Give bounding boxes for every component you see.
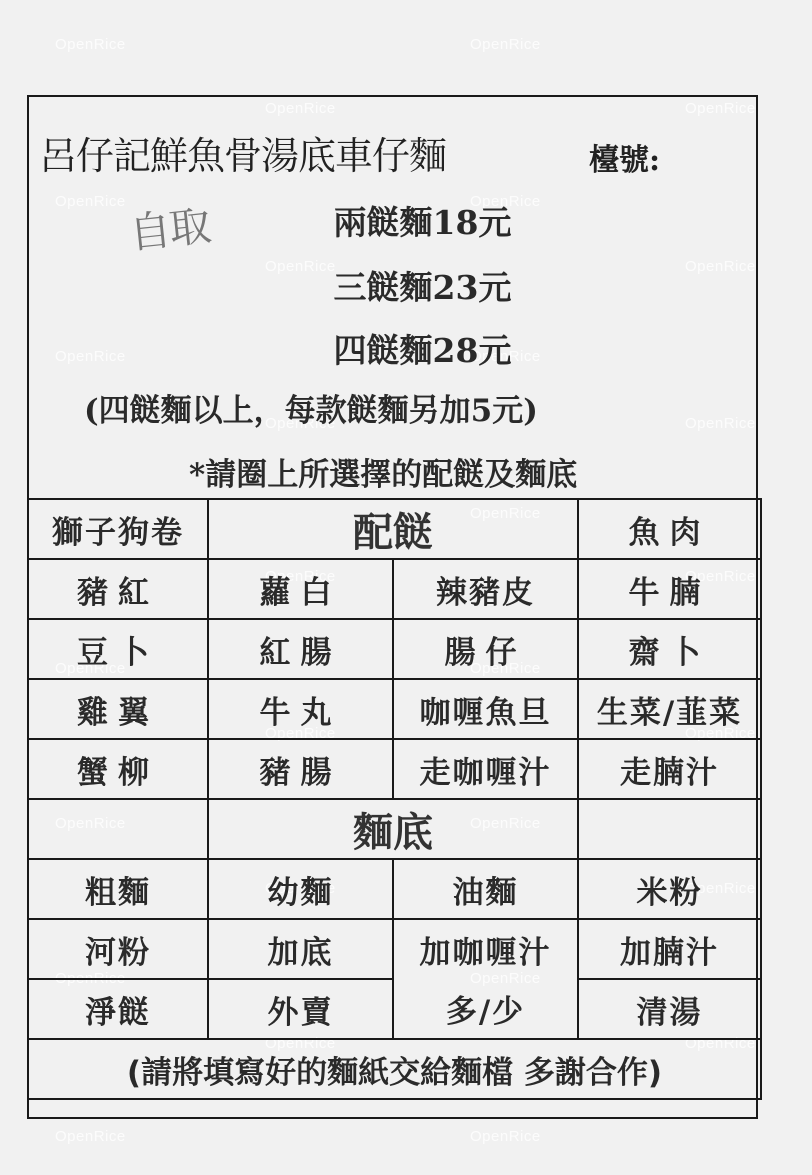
watermark: OpenRice [470, 36, 541, 53]
topping-option[interactable]: 魚肉 [578, 499, 761, 559]
topping-option[interactable]: 走腩汁 [578, 739, 761, 799]
noodle-option[interactable]: 外賣 [208, 979, 393, 1039]
topping-option[interactable]: 獅子狗卷 [28, 499, 208, 559]
surcharge-note: (四餸麵以上，每款餸麵另加5元) [84, 385, 538, 430]
price-two-toppings: 兩餸麵18元 [29, 197, 756, 244]
topping-option[interactable]: 生菜/韮菜 [578, 679, 761, 739]
empty-cell [578, 799, 761, 859]
topping-option[interactable]: 豆卜 [28, 619, 208, 679]
topping-option[interactable]: 紅腸 [208, 619, 393, 679]
order-grid: 獅子狗卷 配餸 魚肉 豬紅 蘿白 辣豬皮 牛腩 豆卜 紅腸 腸仔 齋卜 雞翼 牛… [27, 498, 762, 1100]
noodle-option[interactable]: 加腩汁 [578, 919, 761, 979]
noodle-option[interactable]: 油麵 [393, 859, 578, 919]
noodle-option[interactable]: 米粉 [578, 859, 761, 919]
footer-note: (請將填寫好的麵紙交給麵檔 多謝合作) [28, 1039, 761, 1099]
empty-cell [28, 799, 208, 859]
noodles-row: 淨餸 外賣 多/少 清湯 [28, 979, 761, 1039]
topping-option[interactable]: 豬紅 [28, 559, 208, 619]
watermark: OpenRice [470, 1128, 541, 1145]
topping-option[interactable]: 牛腩 [578, 559, 761, 619]
noodle-option[interactable]: 加咖喱汁 [393, 919, 578, 979]
toppings-heading: 配餸 [208, 499, 578, 559]
topping-option[interactable]: 牛丸 [208, 679, 393, 739]
watermark: OpenRice [55, 36, 126, 53]
footer-row: (請將填寫好的麵紙交給麵檔 多謝合作) [28, 1039, 761, 1099]
toppings-row: 豆卜 紅腸 腸仔 齋卜 [28, 619, 761, 679]
toppings-row: 蟹柳 豬腸 走咖喱汁 走腩汁 [28, 739, 761, 799]
toppings-header-row: 獅子狗卷 配餸 魚肉 [28, 499, 761, 559]
topping-option[interactable]: 雞翼 [28, 679, 208, 739]
noodles-heading: 麵底 [208, 799, 578, 859]
topping-option[interactable]: 咖喱魚旦 [393, 679, 578, 739]
topping-option[interactable]: 辣豬皮 [393, 559, 578, 619]
topping-option[interactable]: 走咖喱汁 [393, 739, 578, 799]
noodle-option[interactable]: 清湯 [578, 979, 761, 1039]
price-three-toppings: 三餸麵23元 [29, 262, 756, 309]
noodle-option[interactable]: 多/少 [393, 979, 578, 1039]
order-form: 呂仔記鮮魚骨湯底車仔麵 檯號: 自取 兩餸麵18元 三餸麵23元 四餸麵28元 … [27, 95, 758, 1119]
noodle-option[interactable]: 幼麵 [208, 859, 393, 919]
toppings-row: 雞翼 牛丸 咖喱魚旦 生菜/韮菜 [28, 679, 761, 739]
noodle-option[interactable]: 加底 [208, 919, 393, 979]
topping-option[interactable]: 蘿白 [208, 559, 393, 619]
noodle-option[interactable]: 粗麵 [28, 859, 208, 919]
topping-option[interactable]: 齋卜 [578, 619, 761, 679]
topping-option[interactable]: 蟹柳 [28, 739, 208, 799]
table-number-label: 檯號: [589, 135, 660, 179]
shop-title: 呂仔記鮮魚骨湯底車仔麵 [39, 125, 446, 180]
instruction-text: *請圈上所選擇的配餸及麵底 [189, 449, 577, 494]
topping-option[interactable]: 豬腸 [208, 739, 393, 799]
noodle-option[interactable]: 河粉 [28, 919, 208, 979]
topping-option[interactable]: 腸仔 [393, 619, 578, 679]
noodles-row: 粗麵 幼麵 油麵 米粉 [28, 859, 761, 919]
noodle-option[interactable]: 淨餸 [28, 979, 208, 1039]
price-four-toppings: 四餸麵28元 [29, 325, 756, 372]
toppings-row: 豬紅 蘿白 辣豬皮 牛腩 [28, 559, 761, 619]
noodles-header-row: 麵底 [28, 799, 761, 859]
noodles-row: 河粉 加底 加咖喱汁 加腩汁 [28, 919, 761, 979]
watermark: OpenRice [55, 1128, 126, 1145]
